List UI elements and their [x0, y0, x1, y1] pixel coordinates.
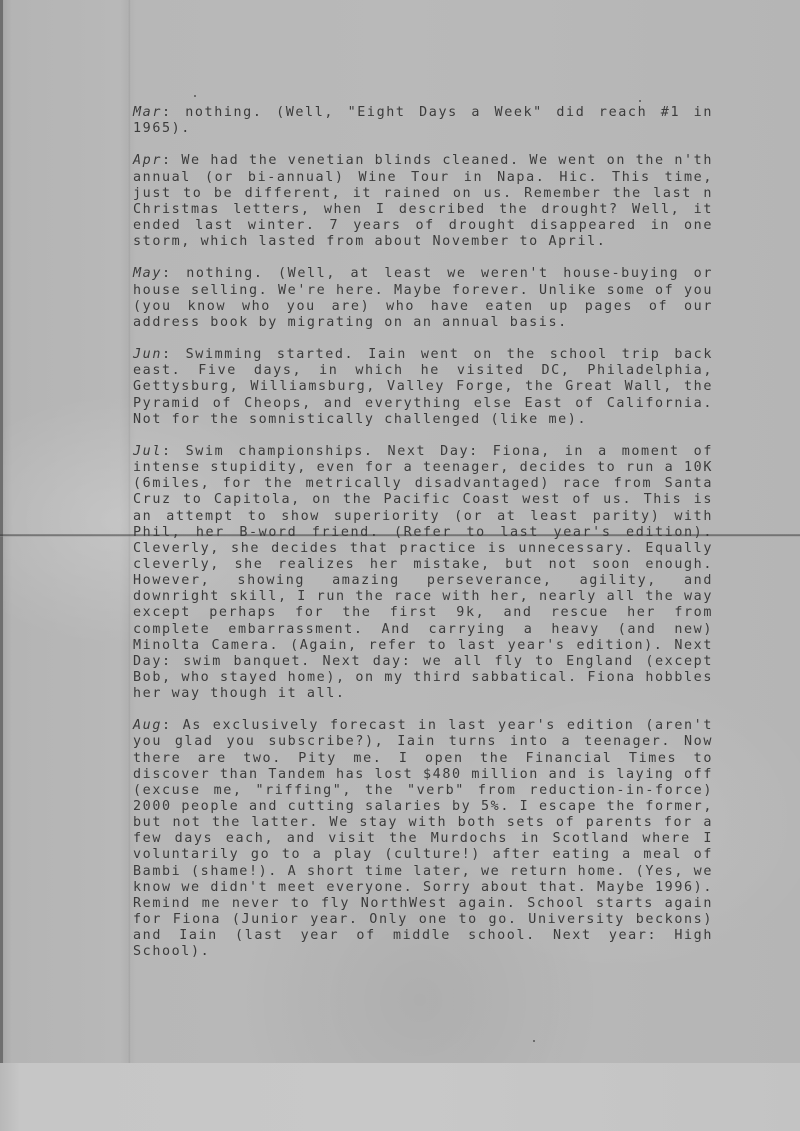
paragraph-jun: Jun: Swimming started. Iain went on the …: [133, 347, 713, 428]
text-line: except perhaps for the first 9k, and res…: [133, 605, 713, 621]
text-line: just to be different, it rained on us. R…: [133, 186, 713, 202]
text-line: Not for the somnistically challenged (li…: [133, 412, 713, 428]
text-line: know we didn't meet everyone. Sorry abou…: [133, 880, 713, 896]
month-label: Mar: [133, 105, 162, 120]
line-text: just to be different, it rained on us. R…: [133, 186, 713, 201]
line-text: complete embarrassment. And carrying a h…: [133, 622, 713, 637]
text-line: Remind me never to fly NorthWest again. …: [133, 896, 713, 912]
line-text: Cleverly, she decides that practice is u…: [133, 541, 713, 556]
letter-body: Mar: nothing. (Well, "Eight Days a Week"…: [133, 105, 713, 977]
line-text: cleverly, she realizes her mistake, but …: [133, 557, 713, 572]
line-text: east. Five days, in which he visited DC,…: [133, 363, 713, 378]
text-line: ended last winter. 7 years of drought di…: [133, 218, 713, 234]
scanner-bed-margin: [0, 1063, 800, 1131]
line-text: address book by migrating on an annual b…: [133, 315, 568, 330]
line-text: (6miles, for the metrically disadvantage…: [133, 476, 713, 491]
line-text: few days each, and visit the Murdochs in…: [133, 831, 713, 846]
text-line: Jun: Swimming started. Iain went on the …: [133, 347, 713, 363]
paragraph-mar: Mar: nothing. (Well, "Eight Days a Week"…: [133, 105, 713, 137]
line-text: Day: swim banquet. Next day: we all fly …: [133, 654, 713, 669]
line-text: Bob, who stayed home), on my third sabba…: [133, 670, 713, 685]
line-text: (you know who you are) who have eaten up…: [133, 299, 713, 314]
text-line: cleverly, she realizes her mistake, but …: [133, 557, 713, 573]
paragraph-may: May: nothing. (Well, at least we weren't…: [133, 266, 713, 331]
text-line: Phil, her B-word friend. (Refer to last …: [133, 525, 713, 541]
line-text: except perhaps for the first 9k, and res…: [133, 605, 713, 620]
line-text: Not for the somnistically challenged (li…: [133, 412, 587, 427]
text-line: you glad you subscribe?), Iain turns int…: [133, 734, 713, 750]
line-text: Phil, her B-word friend. (Refer to last …: [133, 525, 713, 540]
line-text: 2000 people and cutting salaries by 5%. …: [133, 799, 713, 814]
text-line: Apr: We had the venetian blinds cleaned.…: [133, 153, 713, 169]
paper-speck: [639, 100, 641, 102]
text-line: Pyramid of Cheops, and everything else E…: [133, 396, 713, 412]
line-text: an attempt to show superiority (or at le…: [133, 509, 713, 524]
line-text: ended last winter. 7 years of drought di…: [133, 218, 713, 233]
text-line: Jul: Swim championships. Next Day: Fiona…: [133, 444, 713, 460]
line-text: storm, which lasted from about November …: [133, 234, 606, 249]
line-text: : As exclusively forecast in last year's…: [162, 718, 713, 733]
text-line: Christmas letters, when I described the …: [133, 202, 713, 218]
line-text: Pyramid of Cheops, and everything else E…: [133, 396, 713, 411]
line-text: Bambi (shame!). A short time later, we r…: [133, 864, 713, 879]
line-text: (excuse me, "riffing", the "verb" from r…: [133, 783, 713, 798]
line-text: but not the latter. We stay with both se…: [133, 815, 713, 830]
line-text: Christmas letters, when I described the …: [133, 202, 713, 217]
text-line: address book by migrating on an annual b…: [133, 315, 713, 331]
line-text: : nothing. (Well, at least we weren't ho…: [162, 266, 713, 281]
text-line: discover than Tandem has lost $480 milli…: [133, 767, 713, 783]
line-text: School).: [133, 944, 210, 959]
line-text: 1965).: [133, 121, 191, 136]
text-line: However, showing amazing perseverance, a…: [133, 573, 713, 589]
text-line: (excuse me, "riffing", the "verb" from r…: [133, 783, 713, 799]
line-text: intense stupidity, even for a teenager, …: [133, 460, 713, 475]
line-text: : Swim championships. Next Day: Fiona, i…: [162, 444, 713, 459]
paper-speck: [194, 95, 196, 97]
line-text: there are two. Pity me. I open the Finan…: [133, 751, 713, 766]
text-line: house selling. We're here. Maybe forever…: [133, 283, 713, 299]
paper-vertical-fold: [128, 0, 131, 1063]
text-line: (you know who you are) who have eaten up…: [133, 299, 713, 315]
text-line: May: nothing. (Well, at least we weren't…: [133, 266, 713, 282]
line-text: house selling. We're here. Maybe forever…: [133, 283, 713, 298]
text-line: (6miles, for the metrically disadvantage…: [133, 476, 713, 492]
text-line: Minolta Camera. (Again, refer to last ye…: [133, 638, 713, 654]
text-line: annual (or bi-annual) Wine Tour in Napa.…: [133, 170, 713, 186]
text-line: Cruz to Capitola, on the Pacific Coast w…: [133, 492, 713, 508]
paper-speck: [533, 1040, 535, 1042]
line-text: : nothing. (Well, "Eight Days a Week" di…: [162, 105, 713, 120]
month-label: May: [133, 266, 162, 281]
line-text: Cruz to Capitola, on the Pacific Coast w…: [133, 492, 713, 507]
line-text: for Fiona (Junior year. Only one to go. …: [133, 912, 713, 927]
text-line: School).: [133, 944, 713, 960]
text-line: intense stupidity, even for a teenager, …: [133, 460, 713, 476]
paragraph-aug: Aug: As exclusively forecast in last yea…: [133, 718, 713, 960]
line-text: Minolta Camera. (Again, refer to last ye…: [133, 638, 713, 653]
paragraph-apr: Apr: We had the venetian blinds cleaned.…: [133, 153, 713, 250]
paragraph-jul: Jul: Swim championships. Next Day: Fiona…: [133, 444, 713, 702]
text-line: Aug: As exclusively forecast in last yea…: [133, 718, 713, 734]
text-line: complete embarrassment. And carrying a h…: [133, 622, 713, 638]
line-text: Gettysburg, Williamsburg, Valley Forge, …: [133, 379, 713, 394]
line-text: However, showing amazing perseverance, a…: [133, 573, 713, 588]
text-line: Cleverly, she decides that practice is u…: [133, 541, 713, 557]
text-line: an attempt to show superiority (or at le…: [133, 509, 713, 525]
line-text: downright skill, I run the race with her…: [133, 589, 713, 604]
month-label: Aug: [133, 718, 162, 733]
text-line: Day: swim banquet. Next day: we all fly …: [133, 654, 713, 670]
line-text: : We had the venetian blinds cleaned. We…: [162, 153, 713, 168]
line-text: annual (or bi-annual) Wine Tour in Napa.…: [133, 170, 713, 185]
text-line: downright skill, I run the race with her…: [133, 589, 713, 605]
month-label: Jun: [133, 347, 162, 362]
text-line: there are two. Pity me. I open the Finan…: [133, 751, 713, 767]
text-line: for Fiona (Junior year. Only one to go. …: [133, 912, 713, 928]
text-line: 2000 people and cutting salaries by 5%. …: [133, 799, 713, 815]
text-line: and Iain (last year of middle school. Ne…: [133, 928, 713, 944]
line-text: her way though it all.: [133, 686, 346, 701]
text-line: east. Five days, in which he visited DC,…: [133, 363, 713, 379]
text-line: but not the latter. We stay with both se…: [133, 815, 713, 831]
text-line: storm, which lasted from about November …: [133, 234, 713, 250]
line-text: Remind me never to fly NorthWest again. …: [133, 896, 713, 911]
line-text: and Iain (last year of middle school. Ne…: [133, 928, 713, 943]
line-text: discover than Tandem has lost $480 milli…: [133, 767, 713, 782]
text-line: Bambi (shame!). A short time later, we r…: [133, 864, 713, 880]
text-line: her way though it all.: [133, 686, 713, 702]
text-line: few days each, and visit the Murdochs in…: [133, 831, 713, 847]
paper-left-edge: [0, 0, 3, 1063]
line-text: know we didn't meet everyone. Sorry abou…: [133, 880, 713, 895]
text-line: Mar: nothing. (Well, "Eight Days a Week"…: [133, 105, 713, 121]
text-line: voluntarily go to a play (culture!) afte…: [133, 847, 713, 863]
month-label: Jul: [133, 444, 162, 459]
text-line: 1965).: [133, 121, 713, 137]
text-line: Gettysburg, Williamsburg, Valley Forge, …: [133, 379, 713, 395]
line-text: : Swimming started. Iain went on the sch…: [162, 347, 713, 362]
text-line: Bob, who stayed home), on my third sabba…: [133, 670, 713, 686]
line-text: voluntarily go to a play (culture!) afte…: [133, 847, 713, 862]
month-label: Apr: [133, 153, 162, 168]
line-text: you glad you subscribe?), Iain turns int…: [133, 734, 713, 749]
